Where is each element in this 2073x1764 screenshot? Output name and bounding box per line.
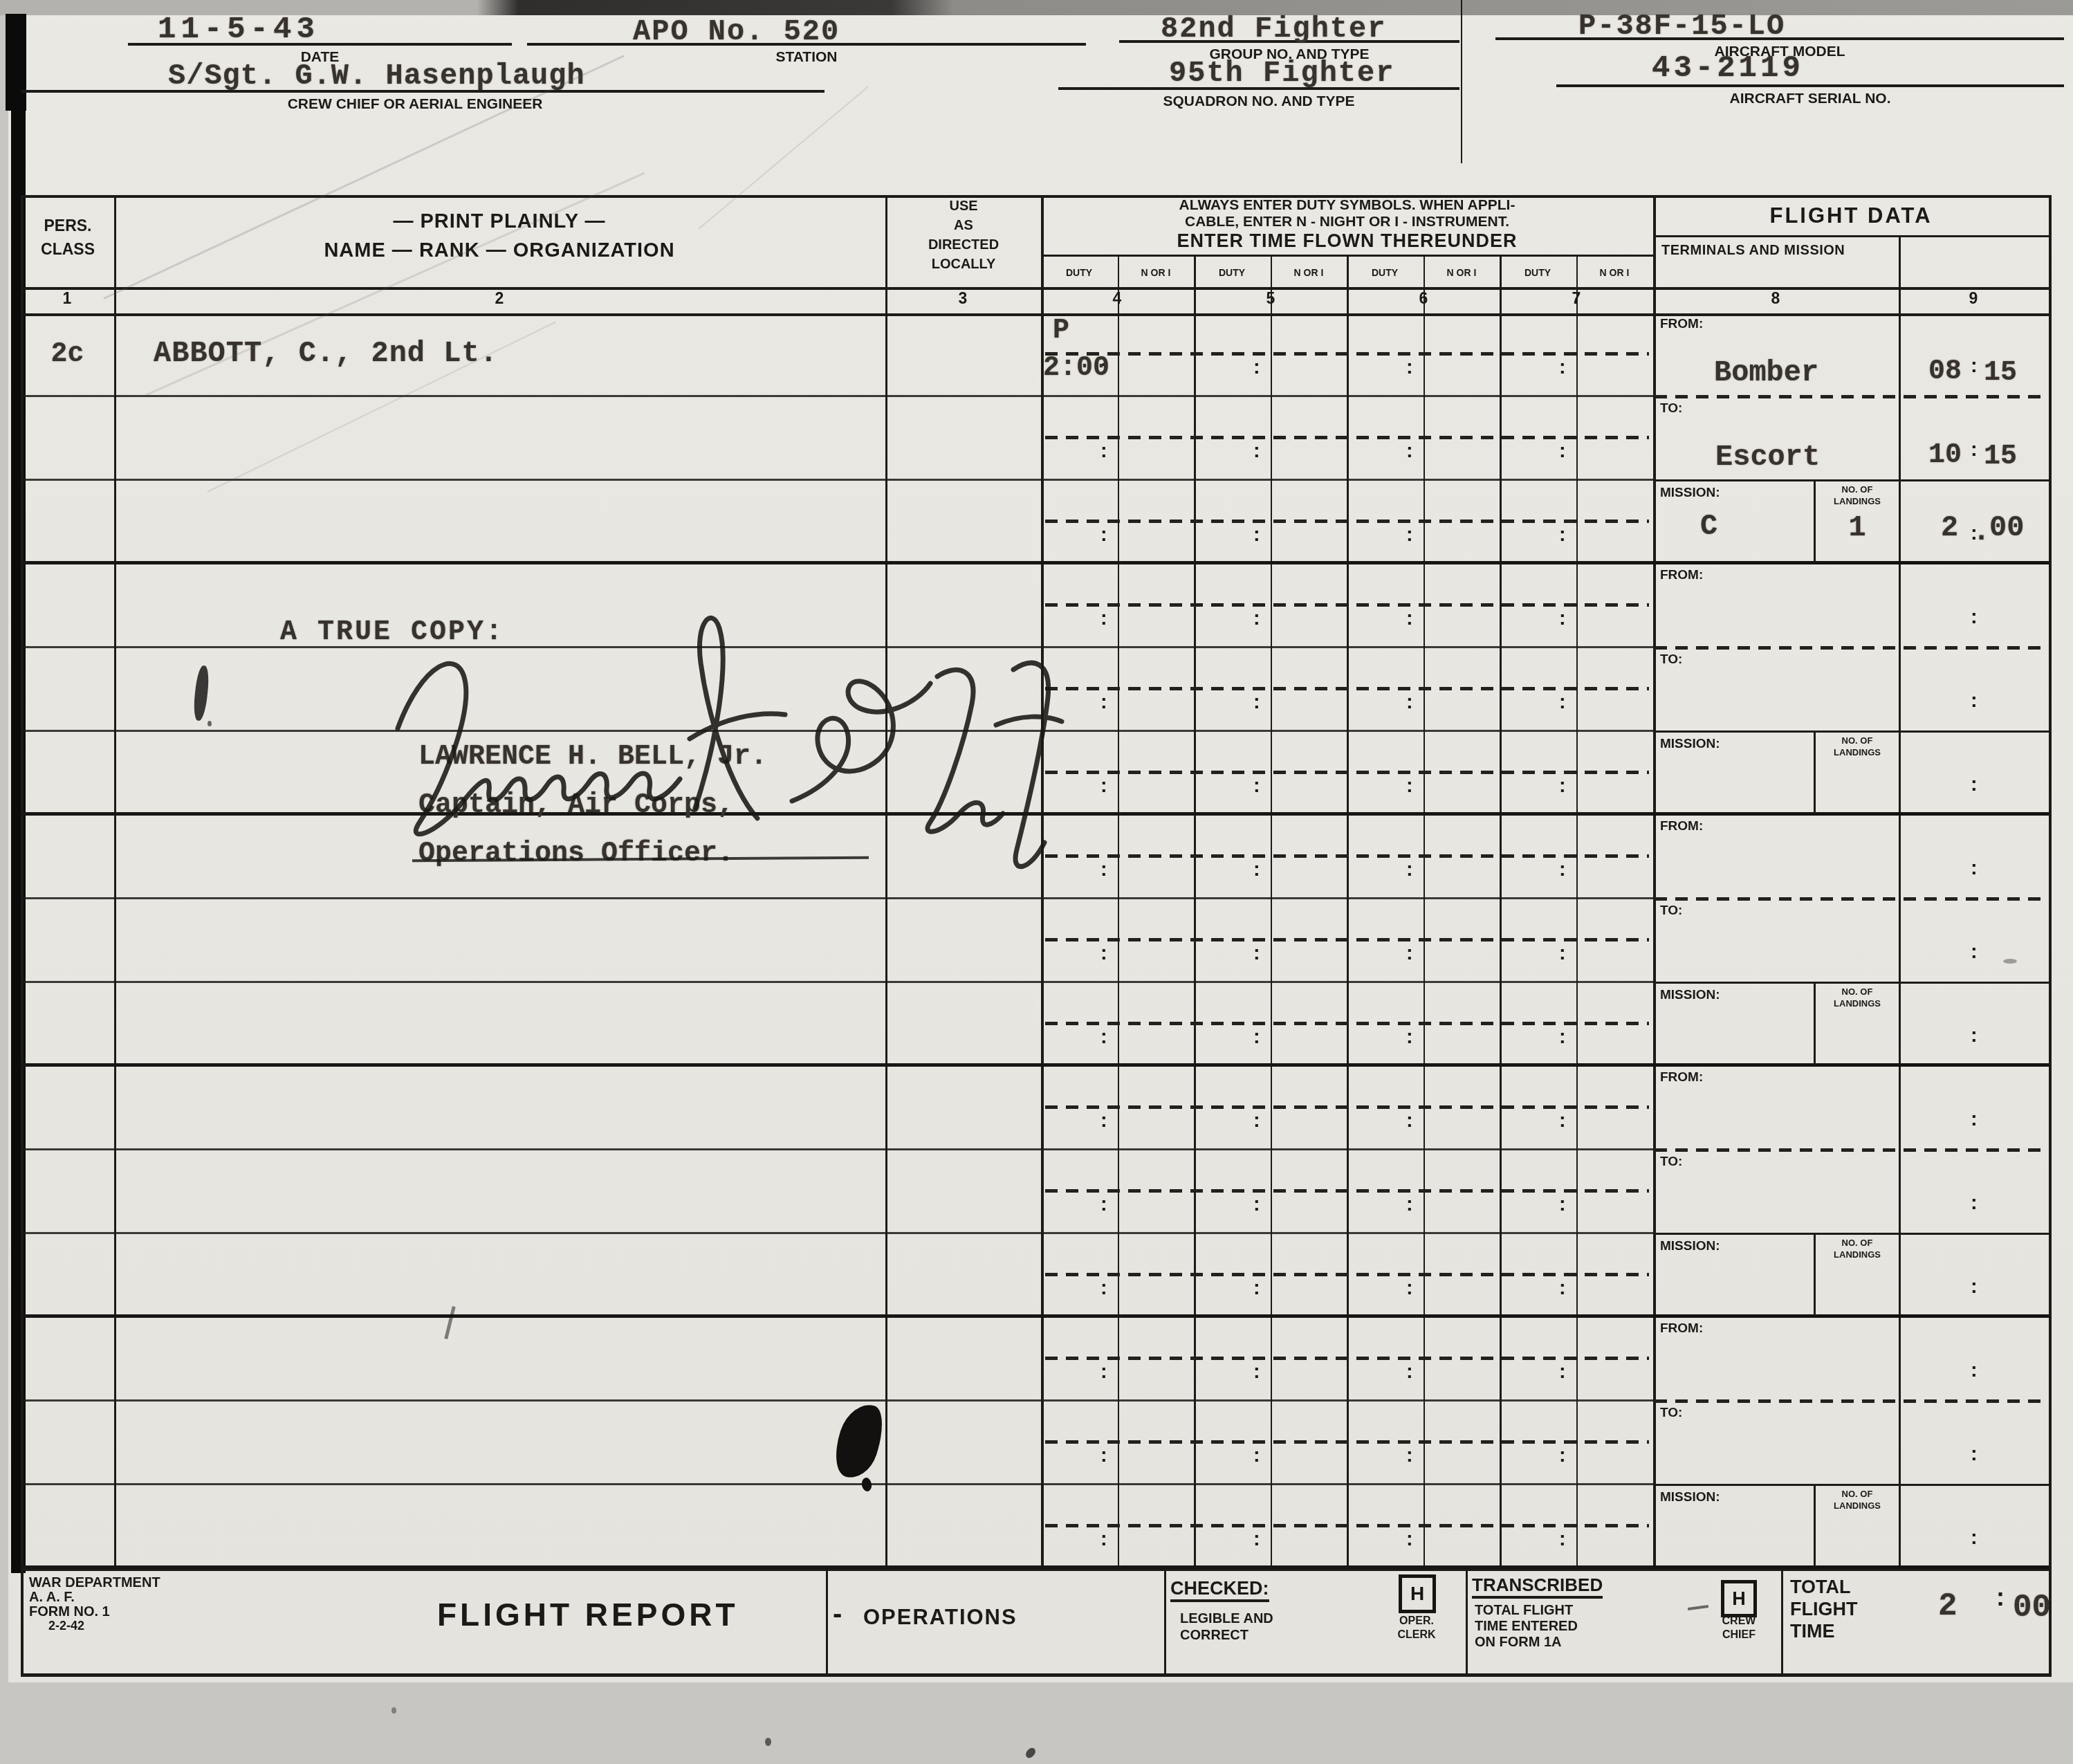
mission-label: MISSION: bbox=[1660, 1491, 1720, 1505]
landings-label-line1: NO. OF bbox=[1816, 987, 1899, 997]
terminals-mission-header: TERMINALS AND MISSION bbox=[1661, 244, 1845, 258]
time-colon-hint: : bbox=[1100, 1278, 1107, 1298]
from-label: FROM: bbox=[1660, 569, 1703, 582]
time-colon-hint: : bbox=[1100, 1446, 1107, 1466]
transcribed-heading: TRANSCRIBED bbox=[1472, 1576, 1603, 1599]
time-colon-hint: : bbox=[1406, 1446, 1413, 1466]
flight-block: FROM: TO: MISSION: NO. OF LANDINGS bbox=[1653, 1318, 2049, 1569]
time-colon-hint: : bbox=[1406, 1027, 1413, 1047]
duty-entry-grid-hints: ::::::::::::::::::::::::::::::::::::::::… bbox=[1041, 313, 1653, 1569]
nori-subheader: N OR I bbox=[1278, 268, 1340, 278]
flight-data-header: FLIGHT DATA bbox=[1653, 205, 2049, 228]
time-colon-hint: : bbox=[1100, 525, 1107, 545]
pers-class-header-line2: CLASS bbox=[24, 241, 112, 257]
time-colon-hint: : bbox=[1100, 1111, 1107, 1131]
date-value: 11-5-43 bbox=[158, 12, 320, 47]
duty-entry-dashed-line bbox=[1045, 1105, 1649, 1109]
time-colon-hint: : bbox=[1100, 1027, 1107, 1047]
duty-entry-dashed-line bbox=[1045, 352, 1649, 356]
time-colon-hint: : bbox=[1406, 441, 1413, 461]
time-colon-hint: : bbox=[1559, 609, 1566, 629]
agency-line: FORM NO. 1 bbox=[29, 1605, 160, 1619]
agency-line: A. A. F. bbox=[29, 1590, 160, 1605]
duty-symbol-entry: P bbox=[1053, 315, 1069, 347]
time-colon-hint: : bbox=[1253, 1111, 1260, 1131]
agency-line: 2-2-42 bbox=[29, 1619, 160, 1633]
duty-entry-dashed-line bbox=[1045, 938, 1649, 941]
stamp-initial: H bbox=[1732, 1588, 1746, 1610]
total-flight-time-line2: FLIGHT bbox=[1790, 1599, 1857, 1619]
serial-value: 43-2119 bbox=[1652, 51, 1804, 86]
crew-chief-role-line1: CREW bbox=[1706, 1616, 1772, 1628]
flight-block: FROM: TO: MISSION: NO. OF LANDINGS 1 Bom… bbox=[1653, 313, 2049, 564]
scanned-flight-report-document: { "header": { "fields": [ {"value": "11-… bbox=[0, 0, 2073, 1764]
to-time-minutes: 15 bbox=[1984, 441, 2017, 472]
crew-chief-value: S/Sgt. G.W. Hasenplaugh bbox=[168, 59, 585, 93]
landings-entry: 1 bbox=[1816, 511, 1899, 544]
flight-block: FROM: TO: MISSION: NO. OF LANDINGS bbox=[1653, 816, 2049, 1067]
duty-entry-dashed-line bbox=[1045, 1022, 1649, 1025]
table-right-border bbox=[2049, 195, 2052, 1677]
column-number-6: 6 bbox=[1410, 290, 1437, 306]
duty-entry-dashed-line bbox=[1045, 687, 1649, 690]
time-colon-hint: : bbox=[1559, 1027, 1566, 1047]
nori-subheader: N OR I bbox=[1125, 268, 1187, 278]
use-as-header-line3: DIRECTED bbox=[889, 238, 1038, 252]
duty-entry-dashed-line bbox=[1045, 1440, 1649, 1444]
time-colon-hint: : bbox=[1406, 1111, 1413, 1131]
time-colon-hint: : bbox=[1100, 1362, 1107, 1382]
time-colon-hint: : bbox=[1253, 944, 1260, 964]
crew-chief-label: CREW CHIEF OR AERIAL ENGINEER bbox=[104, 97, 726, 112]
landings-label-line2: LANDINGS bbox=[1816, 497, 1899, 506]
column-number-7: 7 bbox=[1563, 290, 1590, 306]
column-number-5: 5 bbox=[1257, 290, 1284, 306]
landings-label-line1: NO. OF bbox=[1816, 485, 1899, 495]
time-colon-hint: : bbox=[1559, 525, 1566, 545]
column-number-3: 3 bbox=[949, 290, 977, 306]
from-time-hours: 08 bbox=[1928, 356, 1962, 387]
from-label: FROM: bbox=[1660, 318, 1703, 331]
signature bbox=[370, 580, 1082, 877]
time-colon-hint: : bbox=[1253, 692, 1260, 713]
from-label: FROM: bbox=[1660, 820, 1703, 834]
duty-subheader: DUTY bbox=[1201, 268, 1263, 278]
checked-line1: LEGIBLE AND bbox=[1180, 1612, 1273, 1626]
flight-block: FROM: TO: MISSION: NO. OF LANDINGS bbox=[1653, 564, 2049, 816]
landings-label-line1: NO. OF bbox=[1816, 736, 1899, 746]
flight-block: FROM: TO: MISSION: NO. OF LANDINGS bbox=[1653, 1067, 2049, 1318]
column-number-4: 4 bbox=[1103, 290, 1131, 306]
form-subtitle: OPERATIONS bbox=[863, 1606, 1017, 1629]
time-colon-hint: : bbox=[1559, 944, 1566, 964]
group-value: 82nd Fighter bbox=[1161, 12, 1386, 46]
duty-entry-dashed-line bbox=[1045, 436, 1649, 439]
time-colon-hint: : bbox=[1253, 1529, 1260, 1550]
duty-entry-dashed-line bbox=[1045, 520, 1649, 523]
use-as-header-line1: USE bbox=[889, 199, 1038, 214]
to-label: TO: bbox=[1660, 653, 1682, 667]
duty-note-line2: CABLE, ENTER N - NIGHT OR I - INSTRUMENT… bbox=[1041, 214, 1653, 230]
total-flight-time-line3: TIME bbox=[1790, 1621, 1835, 1641]
time-colon-hint: : bbox=[1559, 358, 1566, 378]
time-colon-hint: : bbox=[1559, 1195, 1566, 1215]
total-time-hours: 2 bbox=[1941, 511, 1958, 544]
column-number-2: 2 bbox=[486, 290, 513, 306]
speck bbox=[391, 1707, 396, 1714]
duty-entry-dashed-line bbox=[1045, 854, 1649, 858]
column-number-8: 8 bbox=[1762, 290, 1789, 306]
time-colon-hint: : bbox=[1406, 1278, 1413, 1298]
time-colon-hint: : bbox=[1559, 776, 1566, 796]
from-time-minutes: 15 bbox=[1984, 358, 2017, 389]
form-title: FLIGHT REPORT bbox=[437, 1598, 739, 1631]
duty-entry-dashed-line bbox=[1045, 603, 1649, 607]
total-time-minutes: 00 bbox=[1989, 511, 2024, 544]
duty-entry-dashed-line bbox=[1045, 1189, 1649, 1193]
aircraft-model-value: P-38F-15-LO bbox=[1578, 10, 1785, 43]
time-colon-hint: : bbox=[1253, 776, 1260, 796]
landings-label-line2: LANDINGS bbox=[1816, 1250, 1899, 1260]
oper-clerk-role-line1: OPER. bbox=[1382, 1616, 1451, 1628]
serial-label: AIRCRAFT SERIAL NO. bbox=[1556, 91, 2064, 107]
to-time-hours: 10 bbox=[1928, 440, 1962, 471]
pers-class-header-line1: PERS. bbox=[24, 217, 112, 234]
agency-line: WAR DEPARTMENT bbox=[29, 1576, 160, 1590]
landings-box: NO. OF LANDINGS bbox=[1814, 1485, 1899, 1567]
footer-bottom-line bbox=[21, 1673, 2052, 1677]
time-colon-hint: : bbox=[1559, 441, 1566, 461]
serial-underline bbox=[1556, 84, 2064, 87]
oper-clerk-stamp-box: H bbox=[1399, 1574, 1436, 1613]
mission-entry: C bbox=[1700, 510, 1717, 543]
header-bottom-line bbox=[21, 287, 2052, 290]
transcribed-line3: ON FORM 1A bbox=[1475, 1635, 1562, 1650]
crew-chief-role-line2: CHIEF bbox=[1706, 1630, 1772, 1642]
mission-label: MISSION: bbox=[1660, 989, 1720, 1002]
time-colon-hint: : bbox=[1100, 609, 1107, 629]
footer-divider-2 bbox=[1164, 1569, 1166, 1676]
stamp-initial: H bbox=[1410, 1583, 1424, 1605]
landings-box: NO. OF LANDINGS 1 bbox=[1814, 481, 1899, 562]
to-label: TO: bbox=[1660, 1155, 1682, 1169]
time-colon-hint: : bbox=[1406, 609, 1413, 629]
total-flight-time-line1: TOTAL bbox=[1790, 1577, 1851, 1597]
time-colon-hint: : bbox=[1406, 1195, 1413, 1215]
time-colon-hint: : bbox=[1406, 692, 1413, 713]
from-entry: Bomber bbox=[1714, 356, 1818, 389]
time-colon-hint: : bbox=[1559, 1362, 1566, 1382]
mission-label: MISSION: bbox=[1660, 737, 1720, 751]
landings-box: NO. OF LANDINGS bbox=[1814, 732, 1899, 814]
name-rank-org-header: NAME — RANK — ORGANIZATION bbox=[154, 240, 845, 261]
time-colon-hint: : bbox=[1100, 944, 1107, 964]
landings-label-line2: LANDINGS bbox=[1816, 748, 1899, 757]
time-colon-hint: : bbox=[1100, 860, 1107, 880]
footer-divider-1 bbox=[826, 1569, 828, 1676]
time-colon-hint: : bbox=[1406, 944, 1413, 964]
landings-box: NO. OF LANDINGS bbox=[1814, 1234, 1899, 1316]
time-colon-hint: : bbox=[1253, 1362, 1260, 1382]
nori-subheader: N OR I bbox=[1430, 268, 1493, 278]
speck bbox=[208, 721, 212, 726]
time-colon-hint: : bbox=[1406, 525, 1413, 545]
time-colon-hint: : bbox=[1253, 1278, 1260, 1298]
use-as-header-line2: AS bbox=[889, 219, 1038, 233]
time-colon-hint: : bbox=[1559, 860, 1566, 880]
time-colon-hint: : bbox=[1559, 1446, 1566, 1466]
transcribed-line1: TOTAL FLIGHT bbox=[1475, 1604, 1573, 1618]
total-time-separator: . bbox=[1973, 515, 1990, 549]
duty-note-line1: ALWAYS ENTER DUTY SYMBOLS. WHEN APPLI- bbox=[1041, 198, 1653, 213]
total-minutes-value: 00 bbox=[2013, 1590, 2051, 1626]
checked-line2: CORRECT bbox=[1180, 1628, 1249, 1643]
station-value: APO No. 520 bbox=[633, 15, 840, 48]
duty-entry-dashed-line bbox=[1045, 1524, 1649, 1527]
landings-label-line2: LANDINGS bbox=[1816, 999, 1899, 1009]
time-colon-hint: : bbox=[1100, 776, 1107, 796]
landings-label-line1: NO. OF bbox=[1816, 1489, 1899, 1499]
name-entry: ABBOTT, C., 2nd Lt. bbox=[154, 337, 498, 370]
duty-time-entry: 2:00 bbox=[1043, 353, 1109, 384]
mission-label: MISSION: bbox=[1660, 1240, 1720, 1253]
duty-subheader: DUTY bbox=[1354, 268, 1416, 278]
scan-left-corner bbox=[6, 14, 26, 111]
time-colon-hint: : bbox=[1100, 441, 1107, 461]
from-label: FROM: bbox=[1660, 1322, 1703, 1336]
time-colon-hint: : bbox=[1559, 1111, 1566, 1131]
column-number-1: 1 bbox=[53, 290, 81, 306]
duty-note-line3: ENTER TIME FLOWN THEREUNDER bbox=[1041, 231, 1653, 250]
footer-divider-4 bbox=[1781, 1569, 1783, 1676]
duty-subheader: DUTY bbox=[1048, 268, 1110, 278]
speck bbox=[765, 1738, 771, 1746]
pers-class-entry: 2c bbox=[21, 339, 114, 370]
footer-divider-3 bbox=[1466, 1569, 1468, 1676]
form-title-separator: - bbox=[833, 1599, 842, 1628]
form-identification: WAR DEPARTMENT A. A. F. FORM NO. 1 2-2-4… bbox=[29, 1576, 160, 1633]
oper-clerk-role-line2: CLERK bbox=[1382, 1630, 1451, 1642]
duty-entry-dashed-line bbox=[1045, 1273, 1649, 1276]
total-colon: : bbox=[1996, 1584, 2005, 1610]
speck bbox=[2003, 959, 2017, 964]
from-label: FROM: bbox=[1660, 1071, 1703, 1085]
time-colon-hint: : bbox=[1559, 1278, 1566, 1298]
time-colon-hint: : bbox=[1100, 692, 1107, 713]
nori-subheader: N OR I bbox=[1583, 268, 1646, 278]
landings-box: NO. OF LANDINGS bbox=[1814, 983, 1899, 1065]
to-label: TO: bbox=[1660, 402, 1682, 416]
print-plainly-header: — PRINT PLAINLY — bbox=[154, 211, 845, 232]
flightdata-header-line bbox=[1653, 235, 2049, 237]
time-colon-hint: : bbox=[1253, 860, 1260, 880]
time-colon-hint: : bbox=[1253, 1027, 1260, 1047]
time-colon-hint: : bbox=[1559, 692, 1566, 713]
checked-heading: CHECKED: bbox=[1170, 1579, 1269, 1602]
squadron-value: 95th Fighter bbox=[1169, 57, 1394, 90]
mission-label: MISSION: bbox=[1660, 486, 1720, 500]
to-label: TO: bbox=[1660, 1406, 1682, 1420]
transcribed-line2: TIME ENTERED bbox=[1475, 1619, 1578, 1634]
squadron-label: SQUADRON NO. AND TYPE bbox=[1058, 94, 1459, 109]
landings-label-line2: LANDINGS bbox=[1816, 1501, 1899, 1511]
time-colon-hint: : bbox=[1253, 1446, 1260, 1466]
time-colon-hint: : bbox=[1253, 1195, 1260, 1215]
column-number-9: 9 bbox=[1960, 290, 1987, 306]
time-colon-hint: : bbox=[1406, 358, 1413, 378]
time-colon-hint: : bbox=[1253, 525, 1260, 545]
time-colon-hint: : bbox=[1100, 1195, 1107, 1215]
duty-entry-dashed-line bbox=[1045, 1357, 1649, 1360]
time-colon-hint: : bbox=[1406, 776, 1413, 796]
to-entry: Escort bbox=[1715, 441, 1820, 474]
to-label: TO: bbox=[1660, 904, 1682, 918]
landings-label-line1: NO. OF bbox=[1816, 1238, 1899, 1248]
time-colon-hint: : bbox=[1253, 441, 1260, 461]
time-colon-hint: : bbox=[1406, 1362, 1413, 1382]
time-colon-hint: : bbox=[1100, 1529, 1107, 1550]
crew-chief-stamp-box: H bbox=[1721, 1580, 1757, 1617]
header-divider-line bbox=[1461, 0, 1462, 163]
duty-entry-dashed-line bbox=[1045, 771, 1649, 774]
time-colon-hint: : bbox=[1406, 1529, 1413, 1550]
speck bbox=[1024, 1746, 1037, 1760]
duty-subheader: DUTY bbox=[1507, 268, 1569, 278]
use-as-header-line4: LOCALLY bbox=[889, 257, 1038, 272]
total-hours-value: 2 bbox=[1938, 1588, 1957, 1624]
time-colon-hint: : bbox=[1253, 358, 1260, 378]
time-colon-hint: : bbox=[1253, 609, 1260, 629]
time-colon-hint: : bbox=[1406, 860, 1413, 880]
time-colon-hint: : bbox=[1559, 1529, 1566, 1550]
left-columns-row-grid bbox=[21, 313, 1041, 1569]
